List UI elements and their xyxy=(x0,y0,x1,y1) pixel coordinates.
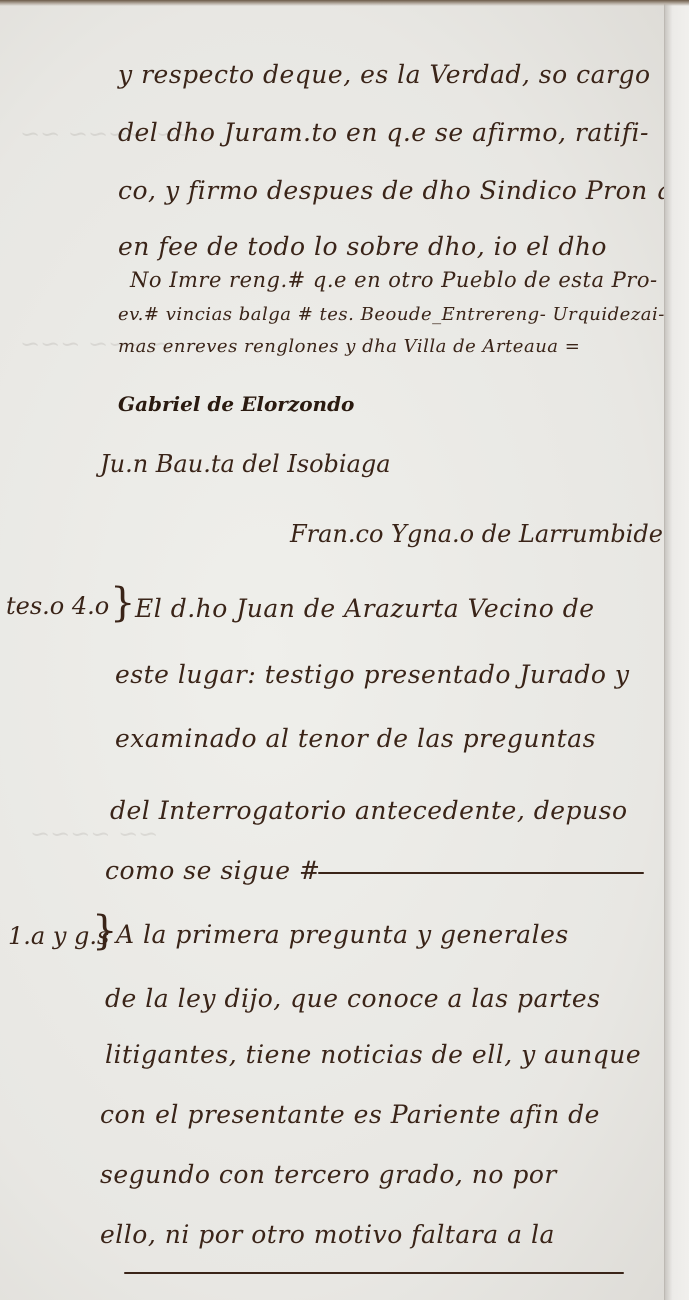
testimony-line: como se sigue # xyxy=(105,856,320,885)
testimony-line: del Interrogatorio antecedente, depuso xyxy=(110,796,628,825)
body-line: del dho Juram.to en q.e se afirmo, ratif… xyxy=(118,118,649,147)
answer-line: ello, ni por otro motivo faltara a la xyxy=(100,1220,555,1249)
body-line: co, y firmo despues de dho Sindico Pron … xyxy=(118,176,689,205)
brace: } xyxy=(110,580,135,626)
book-spine-edge xyxy=(664,0,689,1300)
body-line: en fee de todo lo sobre dho, io el dho xyxy=(118,232,607,261)
answer-line: A la primera pregunta y generales xyxy=(116,920,569,949)
body-line: y respecto deque, es la Verdad, so cargo xyxy=(118,60,651,89)
testimony-line: El d.ho Juan de Arazurta Vecino de xyxy=(135,594,595,623)
body-line: ev.# vincias balga # tes. Beoude_Entrere… xyxy=(118,304,665,325)
margin-label-witness: tes.o 4.o xyxy=(6,592,109,620)
body-line: No Imre reng.# q.e en otro Pueblo de est… xyxy=(130,268,658,292)
signature-juan-bautista: Ju.n Bau.ta del Isobiaga xyxy=(100,450,391,478)
brace: } xyxy=(92,908,117,954)
testimony-line: este lugar: testigo presentado Jurado y xyxy=(115,660,629,689)
signature-gabriel: Gabriel de Elorzondo xyxy=(118,392,354,416)
answer-line: segundo con tercero grado, no por xyxy=(100,1160,557,1189)
body-line: mas enreves renglones y dha Villa de Art… xyxy=(118,336,580,357)
answer-line: de la ley dijo, que conoce a las partes xyxy=(105,984,601,1013)
closing-rule xyxy=(124,1272,624,1274)
signature-francisco-ignacio: Fran.co Ygna.o de Larrumbide xyxy=(290,520,663,548)
answer-line: con el presentante es Pariente afin de xyxy=(100,1100,600,1129)
answer-line: litigantes, tiene noticias de ell, y aun… xyxy=(105,1040,641,1069)
manuscript-page: ~~~ ~~~~ ~~ ~~~~ ~~~ ~~ ~~~~ y respecto … xyxy=(0,0,664,1300)
page-top-shadow xyxy=(0,0,689,6)
testimony-line: examinado al tenor de las preguntas xyxy=(115,724,596,753)
line-filler-rule xyxy=(318,872,644,874)
